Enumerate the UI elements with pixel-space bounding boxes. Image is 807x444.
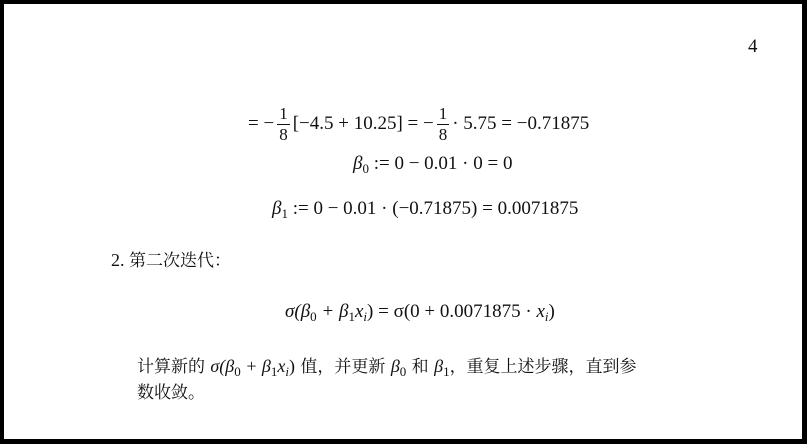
list-item-title: 第二次迭代：	[129, 251, 231, 271]
document-page: 4 = −18[−4.5 + 10.25] = −18· 5.75 = −0.7…	[4, 4, 802, 439]
equation-beta0-update: β0 := 0 − 0.01 · 0 = 0	[353, 154, 512, 175]
page-number: 4	[748, 36, 758, 58]
paragraph-line-1: 计算新的 σ(β0 + β1xi) 值，并更新 β0 和 β1，重复上述步骤，直…	[137, 349, 637, 389]
equation-sigma: σ(β0 + β1xi) = σ(0 + 0.0071875 · xi)	[285, 302, 555, 323]
equation-beta1-update: β1 := 0 − 0.01 · (−0.71875) = 0.0071875	[272, 199, 578, 220]
fraction-one-eighth-2: 18	[437, 104, 450, 145]
equation-gradient-result: = −18[−4.5 + 10.25] = −18· 5.75 = −0.718…	[248, 104, 589, 145]
paragraph-line-2: 数收敛。	[137, 375, 205, 410]
fraction-one-eighth: 18	[277, 104, 290, 145]
list-item-second-iteration: 2. 第二次迭代：	[111, 243, 231, 278]
list-number: 2.	[111, 250, 125, 270]
